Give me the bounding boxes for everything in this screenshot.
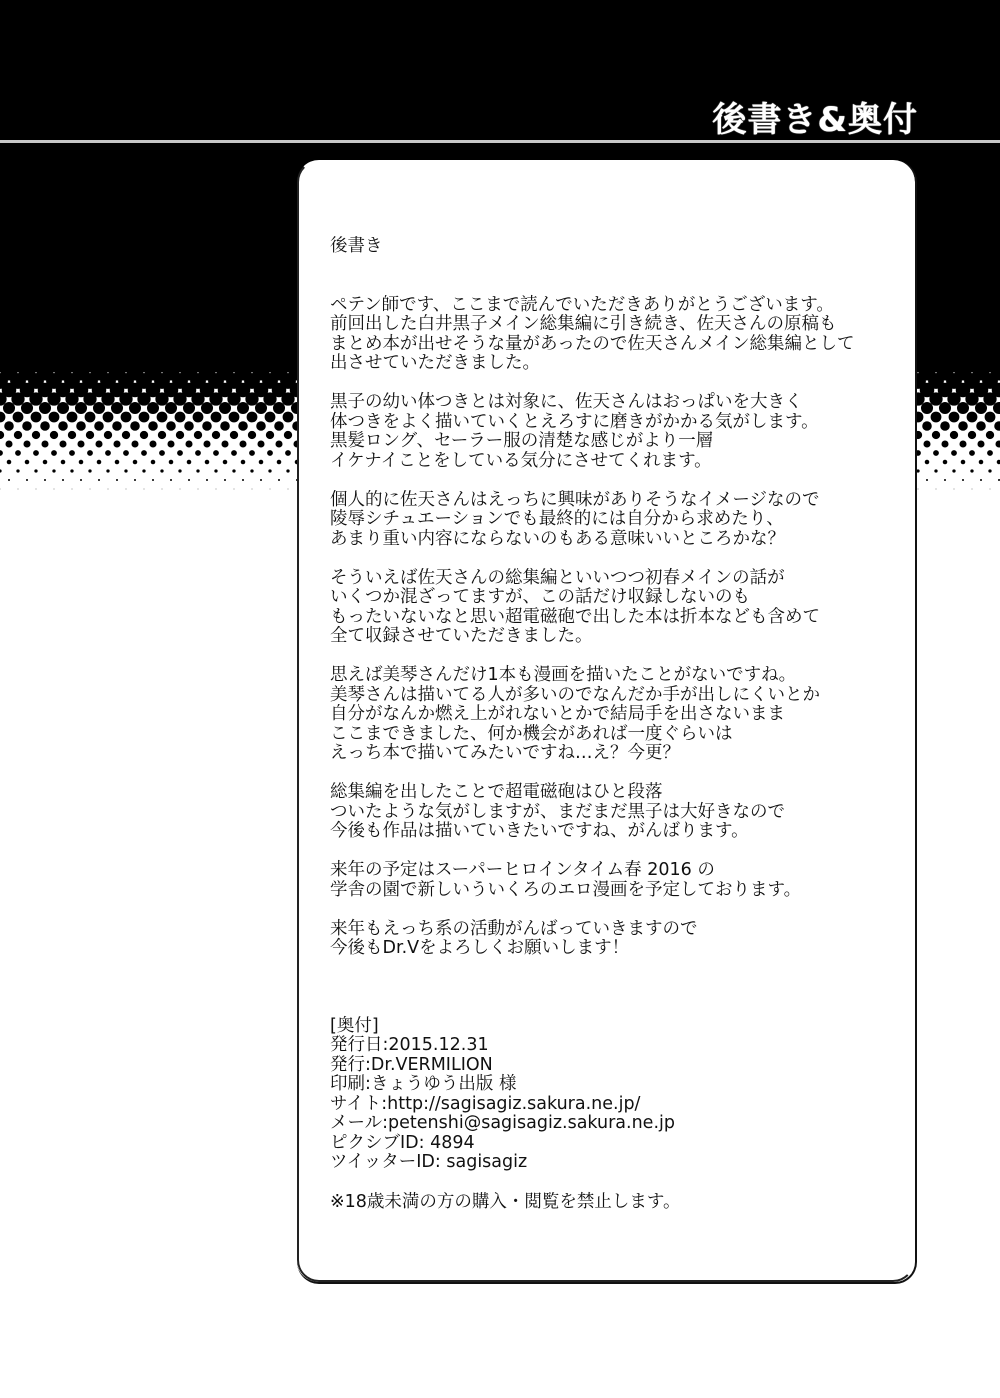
text-line: 来年の予定はスーパーヒロインタイム春 2016 の (330, 861, 890, 881)
text-line: 美琴さんは描いてる人が多いのでなんだか手が出しにくいとか (330, 686, 890, 706)
afterword-paragraph-8: 来年もえっち系の活動がんばっていきますので 今後もDr.Vをよろしくお願いします… (330, 920, 890, 959)
text-line: 前回出した白井黒子メイン総集編に引き続き、佐天さんの原稿も (330, 315, 890, 335)
text-line: 個人的に佐天さんはえっちに興味がありそうなイメージなので (330, 491, 890, 511)
colophon-printer: 印刷:きょうゆう出版 様 (330, 1075, 890, 1095)
colophon-email: メール:petenshi@sagisagiz.sakura.ne.jp (330, 1114, 890, 1134)
colophon: [奥付] 発行日:2015.12.31 発行:Dr.VERMILION 印刷:き… (330, 1017, 890, 1173)
text-line: まとめ本が出せそうな量があったので佐天さんメイン総集編として (330, 335, 890, 355)
text-line: 陵辱シチュエーションでも最終的には自分から求めたり、 (330, 510, 890, 530)
text-line: 来年もえっち系の活動がんばっていきますので (330, 920, 890, 940)
afterword-paragraph-3: 個人的に佐天さんはえっちに興味がありそうなイメージなので 陵辱シチュエーションで… (330, 491, 890, 550)
age-restriction-notice: ※18歳未満の方の購入・閲覧を禁止します。 (330, 1193, 890, 1213)
text-line: ペテン師です、ここまで読んでいただきありがとうございます。 (330, 296, 890, 316)
text-line: 黒子の幼い体つきとは対象に、佐天さんはおっぱいを大きく (330, 393, 890, 413)
colophon-heading: [奥付] (330, 1017, 890, 1037)
text-line: 黒髪ロング、セーラー服の清楚な感じがより一層 (330, 432, 890, 452)
text-line: 自分がなんか燃え上がれないとかで結局手を出さないまま (330, 705, 890, 725)
text-line: ここまできました、何か機会があれば一度ぐらいは (330, 725, 890, 745)
text-line: 体つきをよく描いていくとえろすに磨きがかかる気がします。 (330, 413, 890, 433)
text-line: 今後もDr.Vをよろしくお願いします！ (330, 939, 890, 959)
colophon-publisher: 発行:Dr.VERMILION (330, 1056, 890, 1076)
text-line: そういえば佐天さんの総集編といいつつ初春メインの話が (330, 569, 890, 589)
colophon-twitter-id: ツイッターID: sagisagiz (330, 1153, 890, 1173)
afterword-paragraph-7: 来年の予定はスーパーヒロインタイム春 2016 の 学舎の園で新しいういくろのエ… (330, 861, 890, 900)
afterword-paragraph-5: 思えば美琴さんだけ1本も漫画を描いたことがないですね。 美琴さんは描いてる人が多… (330, 666, 890, 764)
text-line: 総集編を出したことで超電磁砲はひと段落 (330, 783, 890, 803)
colophon-publish-date: 発行日:2015.12.31 (330, 1036, 890, 1056)
text-line: イケナイことをしている気分にさせてくれます。 (330, 452, 890, 472)
page-title: 後書き&奥付 (712, 92, 918, 141)
text-line: 学舎の園で新しいういくろのエロ漫画を予定しております。 (330, 881, 890, 901)
text-line: あまり重い内容にならないのもある意味いいところかな？ (330, 530, 890, 550)
panel-content: 後書き ペテン師です、ここまで読んでいただきありがとうございます。 前回出した白… (330, 237, 890, 1212)
colophon-site: サイト:http://sagisagiz.sakura.ne.jp/ (330, 1095, 890, 1115)
colophon-pixiv-id: ピクシブID: 4894 (330, 1134, 890, 1154)
text-line: 今後も作品は描いていきたいですね、がんばります。 (330, 822, 890, 842)
text-line: 思えば美琴さんだけ1本も漫画を描いたことがないですね。 (330, 666, 890, 686)
text-line: いくつか混ざってますが、この話だけ収録しないのも (330, 588, 890, 608)
text-line: もったいないなと思い超電磁砲で出した本は折本なども含めて (330, 608, 890, 628)
afterword-heading: 後書き (330, 237, 890, 257)
text-line: ついたような気がしますが、まだまだ黒子は大好きなので (330, 803, 890, 823)
afterword-paragraph-6: 総集編を出したことで超電磁砲はひと段落 ついたような気がしますが、まだまだ黒子は… (330, 783, 890, 842)
text-line: 出させていただきました。 (330, 354, 890, 374)
text-line: えっち本で描いてみたいですね…え？今更？ (330, 744, 890, 764)
afterword-paragraph-2: 黒子の幼い体つきとは対象に、佐天さんはおっぱいを大きく 体つきをよく描いていくと… (330, 393, 890, 471)
afterword-paragraph-1: ペテン師です、ここまで読んでいただきありがとうございます。 前回出した白井黒子メ… (330, 296, 890, 374)
text-line: 全て収録させていただきました。 (330, 627, 890, 647)
afterword-paragraph-4: そういえば佐天さんの総集編といいつつ初春メインの話が いくつか混ざってますが、こ… (330, 569, 890, 647)
